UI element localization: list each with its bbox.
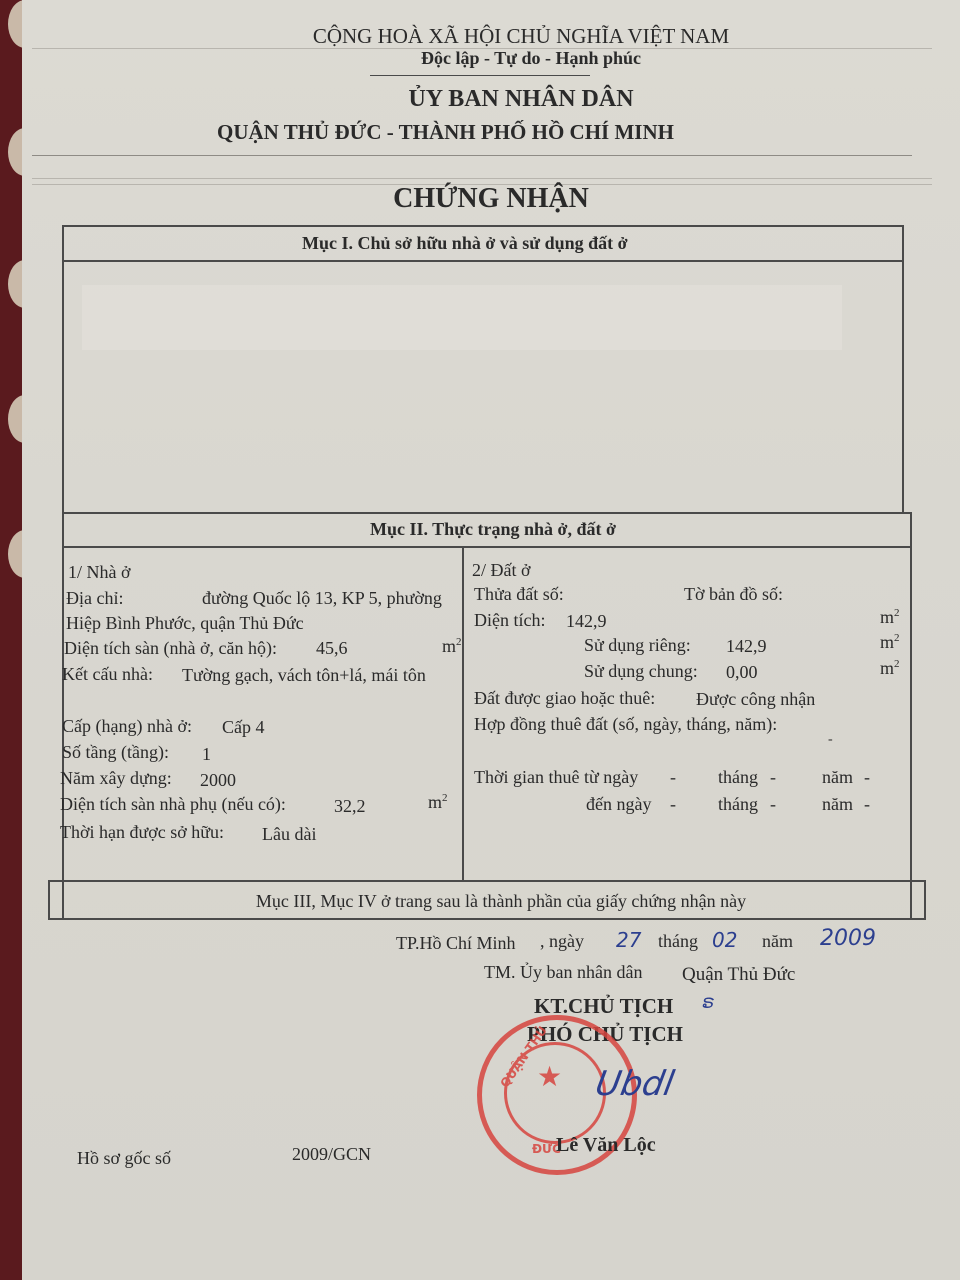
- record-label: Hồ sơ gốc số: [77, 1148, 171, 1169]
- floors-label: Số tầng (tầng):: [62, 742, 169, 763]
- signing-day-label: , ngày: [540, 931, 584, 952]
- country-name: CỘNG HOÀ XÃ HỘI CHỦ NGHĨA VIỆT NAM: [22, 24, 960, 49]
- section3-note: Mục III, Mục IV ở trang sau là thành phầ…: [22, 891, 960, 912]
- plot-number-label: Thửa đất số:: [474, 584, 564, 605]
- land-area-label: Diện tích:: [474, 610, 545, 631]
- lease-contract-value: -: [828, 732, 833, 748]
- lease-from-month-label: tháng: [718, 767, 758, 788]
- floor-area-value: 45,6: [316, 638, 348, 659]
- section1-heading: Mục I. Chủ sở hữu nhà ở và sử dụng đất ở: [302, 233, 628, 254]
- grade-value: Cấp 4: [222, 717, 265, 738]
- section2-heading: Mục II. Thực trạng nhà ở, đất ở: [370, 519, 616, 540]
- record-value: 2009/GCN: [292, 1144, 371, 1165]
- lease-to-year-label: năm: [822, 794, 853, 815]
- lease-from-day: -: [670, 767, 676, 788]
- on-behalf-label: TM. Ủy ban nhân dân: [484, 962, 642, 983]
- land-area-unit: m2: [880, 607, 900, 628]
- on-behalf-district: Quận Thủ Đức: [682, 964, 795, 986]
- signing-place: TP.Hồ Chí Minh: [396, 933, 516, 954]
- lease-from-month: -: [770, 767, 776, 788]
- national-motto: Độc lập - Tự do - Hạnh phúc: [22, 48, 960, 69]
- floor-area-label: Diện tích sàn (nhà ở, căn hộ):: [64, 638, 277, 659]
- certificate-page: CỘNG HOÀ XÃ HỘI CHỦ NGHĨA VIỆT NAM Độc l…: [22, 0, 960, 1280]
- floor-area-unit: m2: [442, 636, 462, 657]
- signature: Ubdl: [592, 1064, 677, 1104]
- ownership-term-value: Lâu dài: [262, 824, 316, 845]
- lease-from-year-label: năm: [822, 767, 853, 788]
- address-line1: đường Quốc lộ 13, KP 5, phường: [202, 588, 442, 609]
- private-use-value: 142,9: [726, 636, 767, 657]
- allocation-label: Đất được giao hoặc thuê:: [474, 688, 655, 709]
- lease-from-year: -: [864, 767, 870, 788]
- lease-to-day: -: [670, 794, 676, 815]
- shared-use-unit: m2: [880, 658, 900, 679]
- ownership-term-label: Thời hạn được sở hữu:: [60, 822, 224, 843]
- land-heading: 2/ Đất ở: [472, 560, 531, 581]
- floors-value: 1: [202, 744, 211, 765]
- authority-name: ỦY BAN NHÂN DÂN: [22, 86, 960, 113]
- allocation-value: Được công nhận: [696, 689, 815, 710]
- lease-to-month-label: tháng: [718, 794, 758, 815]
- aux-area-value: 32,2: [334, 796, 366, 817]
- house-heading: 1/ Nhà ở: [68, 562, 131, 583]
- signing-year-label: năm: [762, 931, 793, 952]
- shared-use-label: Sử dụng chung:: [584, 661, 698, 682]
- private-use-unit: m2: [880, 632, 900, 653]
- private-use-label: Sử dụng riêng:: [584, 635, 691, 656]
- year-built-label: Năm xây dựng:: [60, 768, 172, 789]
- star-emblem-icon: ★: [537, 1060, 562, 1093]
- signing-month-label: tháng: [658, 931, 698, 952]
- structure-value: Tường gạch, vách tôn+lá, mái tôn: [182, 665, 426, 686]
- land-area-value: 142,9: [566, 611, 607, 632]
- aux-area-label: Diện tích sàn nhà phụ (nếu có):: [60, 794, 286, 815]
- initial-mark: ຣ: [702, 992, 714, 1013]
- lease-contract-label: Hợp đồng thuê đất (số, ngày, tháng, năm)…: [474, 714, 777, 735]
- aux-area-unit: m2: [428, 792, 448, 813]
- lease-to-month: -: [770, 794, 776, 815]
- address-line2: Hiệp Bình Phước, quận Thủ Đức: [66, 613, 304, 634]
- map-sheet-label: Tờ bản đồ số:: [684, 584, 783, 605]
- signing-day: 27: [616, 928, 641, 952]
- lease-from-label: Thời gian thuê từ ngày: [474, 767, 638, 788]
- structure-label: Kết cấu nhà:: [62, 664, 153, 685]
- lease-to-label: đến ngày: [586, 794, 651, 815]
- lease-to-year: -: [864, 794, 870, 815]
- address-label: Địa chỉ:: [66, 588, 123, 609]
- motto-underline: [370, 75, 590, 76]
- shared-use-value: 0,00: [726, 662, 758, 683]
- signer-name: Lê Văn Lộc: [556, 1134, 656, 1157]
- signing-year: 2009: [820, 926, 876, 951]
- district-name: QUẬN THỦ ĐỨC - THÀNH PHỐ HỒ CHÍ MINH: [217, 120, 674, 145]
- signing-month: 02: [712, 928, 737, 952]
- redacted-owner-info: [82, 285, 842, 350]
- year-built-value: 2000: [200, 770, 236, 791]
- certificate-title: CHỨNG NHẬN: [22, 183, 960, 215]
- grade-label: Cấp (hạng) nhà ở:: [62, 716, 192, 737]
